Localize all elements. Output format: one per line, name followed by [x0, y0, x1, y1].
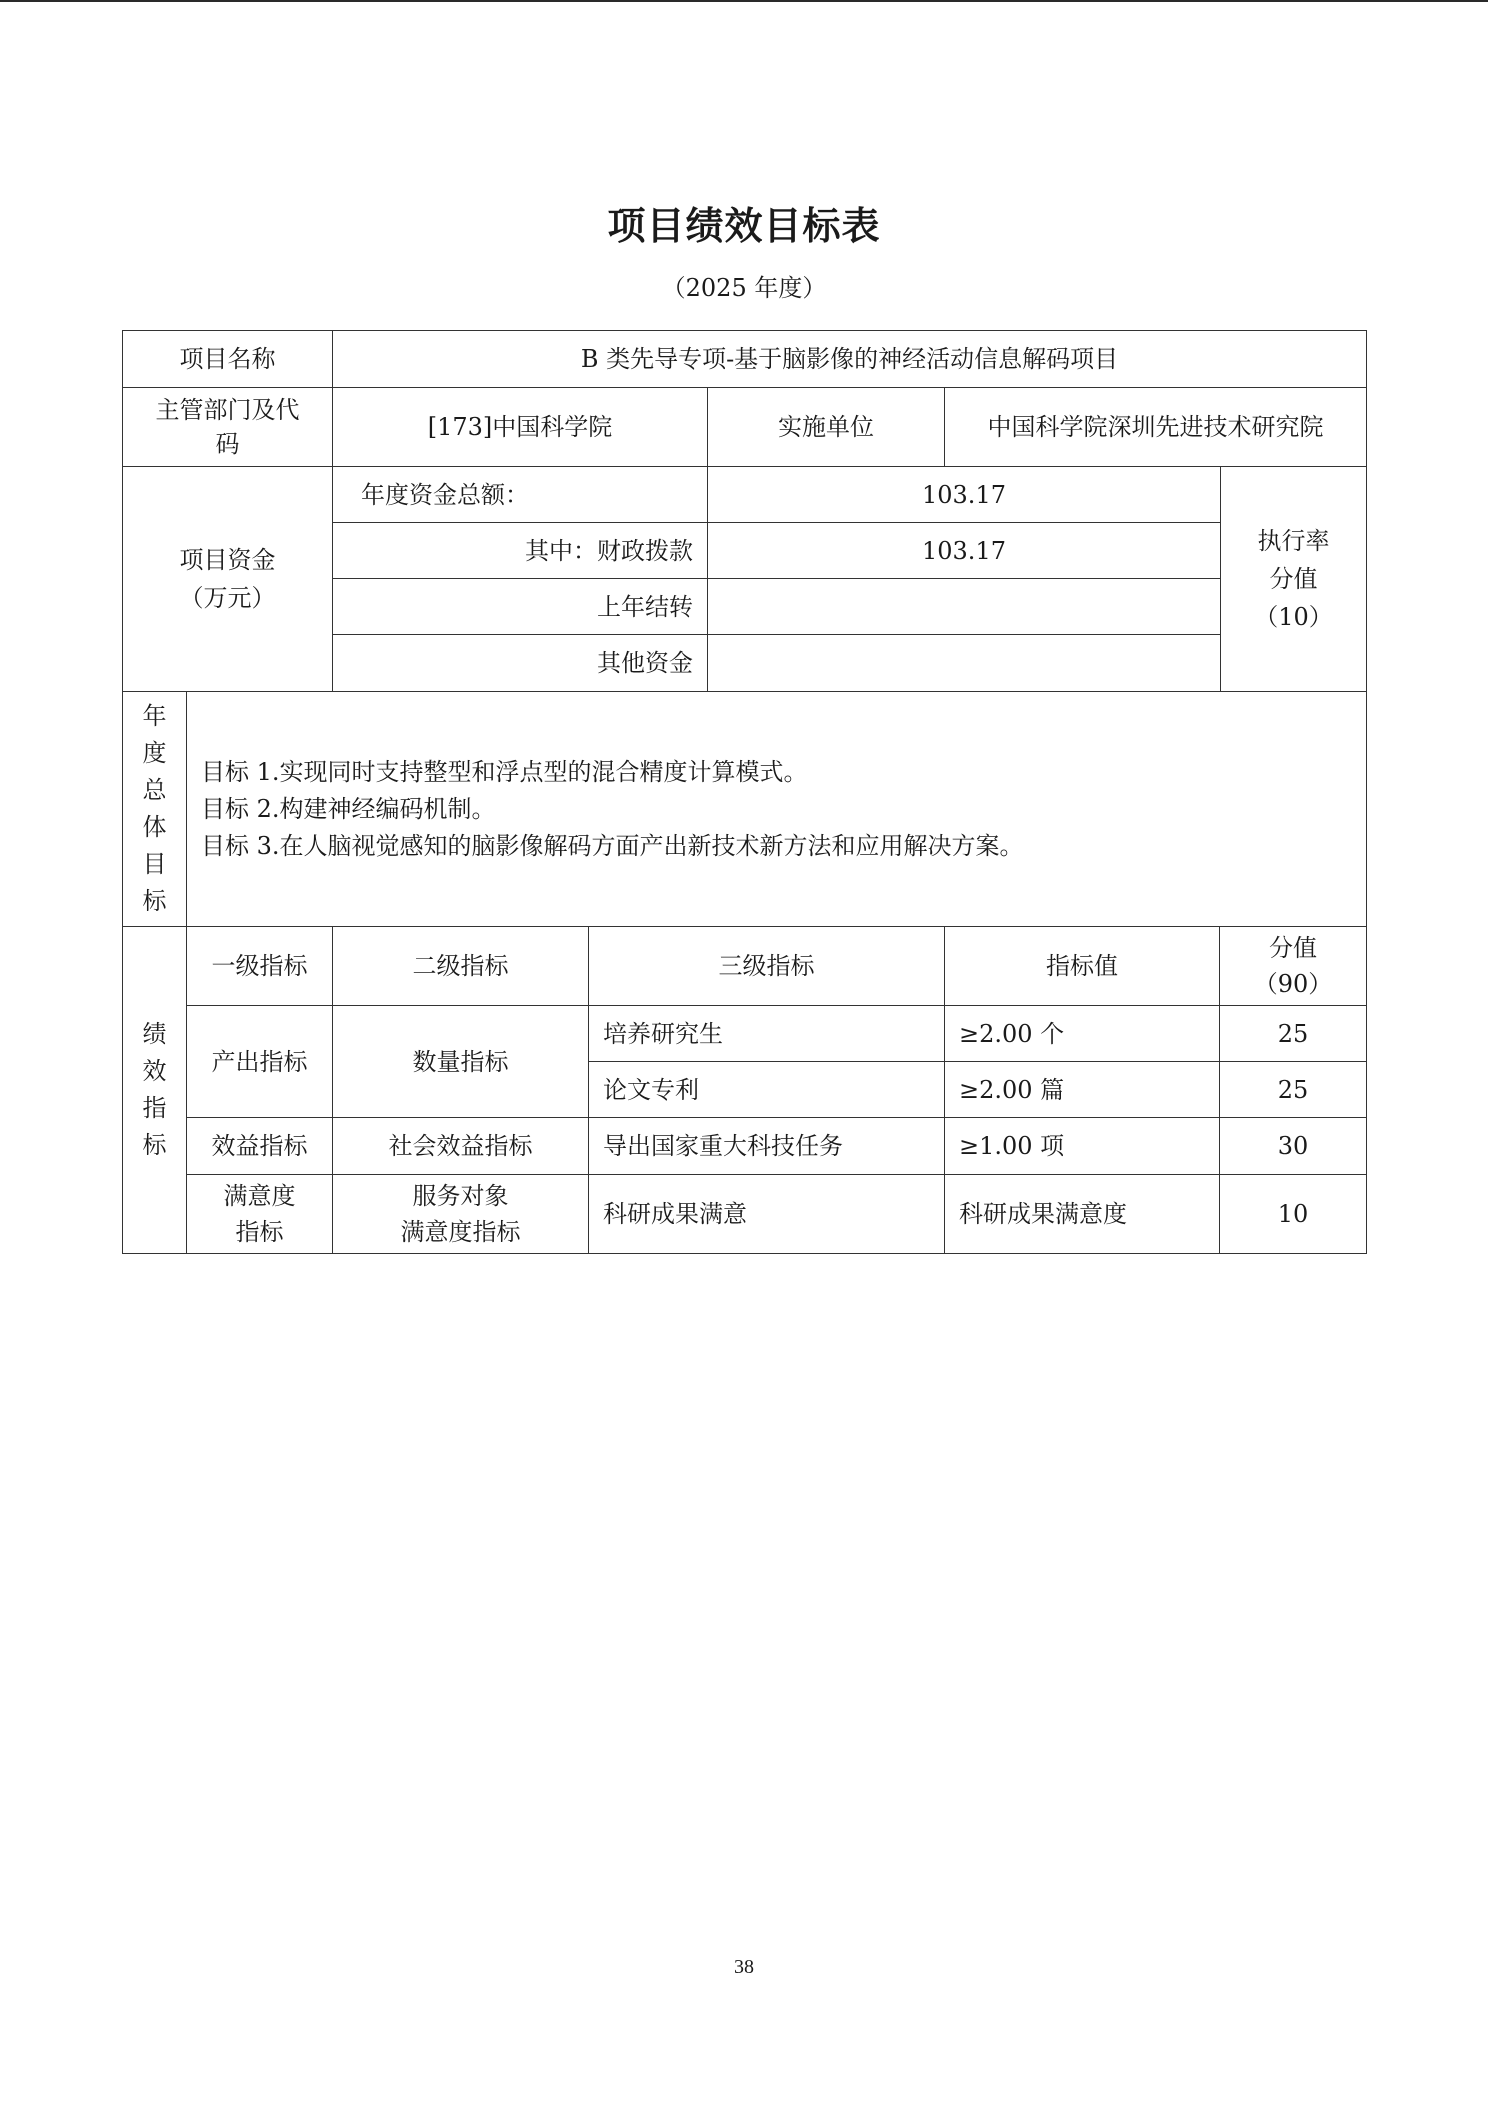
- group-satisfaction-level1: 满意度 指标: [186, 1174, 333, 1254]
- goal-item: 目标 1.实现同时支持整型和浮点型的混合精度计算模式。: [201, 754, 808, 791]
- header-value: 指标值: [944, 926, 1220, 1006]
- project-name-label: 项目名称: [122, 330, 333, 388]
- dept-label-line1: 主管部门及代: [156, 393, 300, 427]
- satisfaction-level2-line2: 满意度指标: [401, 1214, 521, 1250]
- row-score: 25: [1219, 1061, 1367, 1118]
- group-benefit-level1: 效益指标: [186, 1117, 333, 1175]
- perf-label-char: 绩: [143, 1016, 167, 1053]
- funding-total-value: 103.17: [707, 466, 1221, 523]
- funding-fiscal-label: 其中：财政拨款: [332, 522, 708, 579]
- row-level3: 培养研究生: [588, 1005, 945, 1062]
- header-score: 分值 （90）: [1219, 926, 1367, 1006]
- annual-goals-label: 年 度 总 体 目 标: [122, 691, 187, 927]
- perf-label-char: 指: [143, 1090, 167, 1127]
- goals-label-char: 标: [143, 883, 167, 920]
- header-level2: 二级指标: [332, 926, 589, 1006]
- satisfaction-level1-line1: 满意度: [224, 1178, 296, 1214]
- group-output-level2: 数量指标: [332, 1005, 589, 1118]
- row-level3: 论文专利: [588, 1061, 945, 1118]
- satisfaction-level2-line1: 服务对象: [413, 1178, 509, 1214]
- row-value: 科研成果满意度: [944, 1174, 1220, 1254]
- performance-label: 绩 效 指 标: [122, 926, 187, 1254]
- group-satisfaction-level2: 服务对象 满意度指标: [332, 1174, 589, 1254]
- dept-value: [173]中国科学院: [332, 387, 708, 467]
- header-level3: 三级指标: [588, 926, 945, 1006]
- funding-carryover-label: 上年结转: [332, 578, 708, 635]
- rate-line3: （10）: [1254, 598, 1333, 636]
- row-level3: 科研成果满意: [588, 1174, 945, 1254]
- satisfaction-level1-line2: 指标: [236, 1214, 284, 1250]
- project-name-value: B 类先导专项-基于脑影像的神经活动信息解码项目: [332, 330, 1367, 388]
- row-score: 25: [1219, 1005, 1367, 1062]
- impl-value: 中国科学院深圳先进技术研究院: [944, 387, 1367, 467]
- execution-rate-score: 执行率 分值 （10）: [1220, 466, 1367, 692]
- header-level1: 一级指标: [186, 926, 333, 1006]
- goals-label-char: 年: [143, 698, 167, 735]
- row-level3: 导出国家重大科技任务: [588, 1117, 945, 1175]
- row-score: 10: [1219, 1174, 1367, 1254]
- group-output-level1: 产出指标: [186, 1005, 333, 1118]
- row-value: ≥2.00 篇: [944, 1061, 1220, 1118]
- goal-item: 目标 2.构建神经编码机制。: [201, 791, 496, 828]
- header-score-line2: （90）: [1254, 966, 1333, 1002]
- funding-other-value: [707, 634, 1221, 692]
- funding-label-line2: （万元）: [180, 579, 276, 617]
- page-number: 38: [0, 1956, 1488, 1979]
- rate-line1: 执行率: [1258, 522, 1330, 560]
- impl-label: 实施单位: [707, 387, 945, 467]
- page-subtitle: （2025 年度）: [0, 268, 1488, 303]
- goal-item: 目标 3.在人脑视觉感知的脑影像解码方面产出新技术新方法和应用解决方案。: [201, 828, 1024, 865]
- row-value: ≥1.00 项: [944, 1117, 1220, 1175]
- perf-label-char: 效: [143, 1053, 167, 1090]
- funding-label: 项目资金 （万元）: [122, 466, 333, 692]
- goals-label-char: 度: [143, 735, 167, 772]
- dept-label: 主管部门及代 码: [122, 387, 333, 467]
- annual-goals-content: 目标 1.实现同时支持整型和浮点型的混合精度计算模式。 目标 2.构建神经编码机…: [186, 691, 1367, 927]
- goals-label-char: 体: [143, 809, 167, 846]
- funding-total-label: 年度资金总额：: [332, 466, 708, 523]
- dept-label-line2: 码: [216, 427, 240, 461]
- page-title: 项目绩效目标表: [0, 195, 1488, 250]
- group-benefit-level2: 社会效益指标: [332, 1117, 589, 1175]
- rate-line2: 分值: [1270, 560, 1318, 598]
- row-value: ≥2.00 个: [944, 1005, 1220, 1062]
- funding-other-label: 其他资金: [332, 634, 708, 692]
- funding-fiscal-value: 103.17: [707, 522, 1221, 579]
- perf-label-char: 标: [143, 1127, 167, 1164]
- funding-label-line1: 项目资金: [180, 541, 276, 579]
- row-score: 30: [1219, 1117, 1367, 1175]
- goals-label-char: 目: [143, 846, 167, 883]
- page-top-border: [0, 0, 1488, 2]
- goals-label-char: 总: [143, 772, 167, 809]
- header-score-line1: 分值: [1269, 930, 1317, 966]
- funding-carryover-value: [707, 578, 1221, 635]
